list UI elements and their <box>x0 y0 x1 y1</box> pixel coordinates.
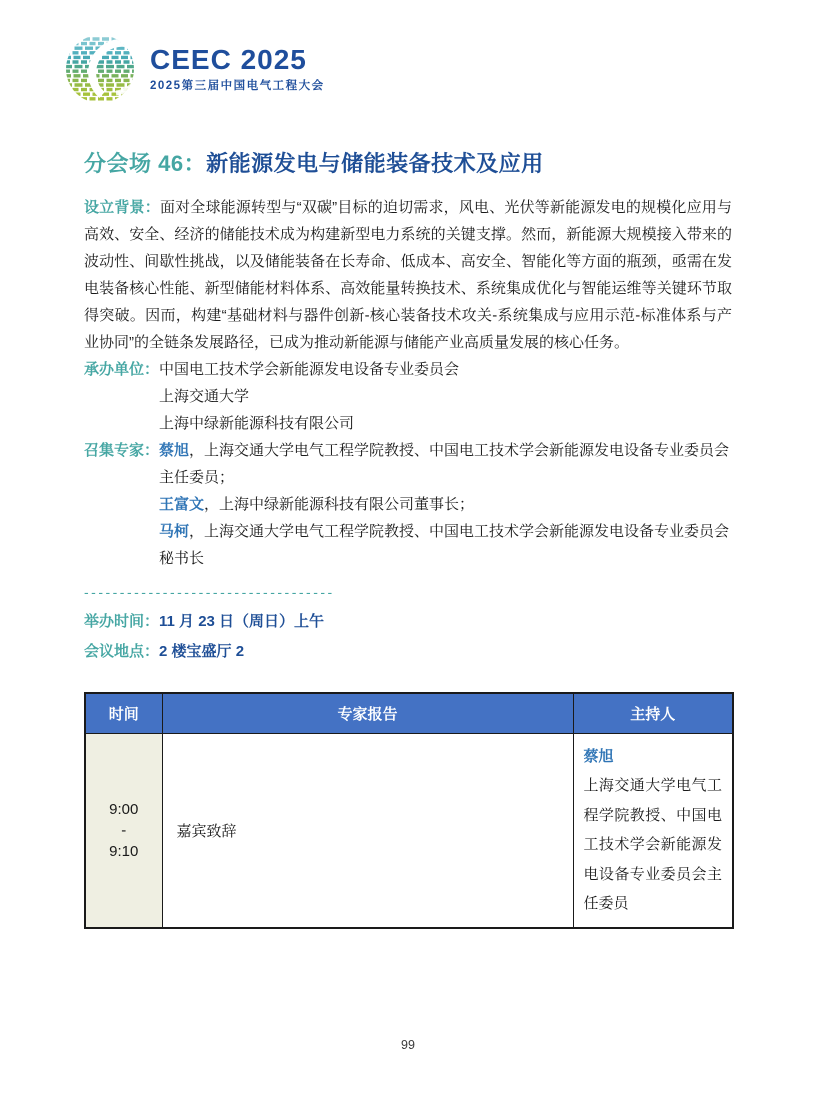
session-title: 新能源发电与储能装备技术及应用 <box>206 151 544 176</box>
event-time: 举办时间： 11 月 23 日（周日）上午 <box>84 608 732 636</box>
convener-desc: ，上海交通大学电气工程学院教授、中国电工技术学会新能源发电设备专业委员会主任委员… <box>159 442 729 486</box>
conveners-list: 蔡旭，上海交通大学电气工程学院教授、中国电工技术学会新能源发电设备专业委员会主任… <box>159 437 732 572</box>
event-time-value: 11 月 23 日（周日）上午 <box>159 608 324 636</box>
logo-title: CEEC 2025 <box>150 45 325 75</box>
organizer-item: 中国电工技术学会新能源发电设备专业委员会 <box>159 356 732 383</box>
convener-desc: ，上海中绿新能源科技有限公司董事长； <box>204 496 474 513</box>
time-cell: 9:00 - 9:10 <box>85 733 162 928</box>
time-start: 9:00 <box>86 799 162 820</box>
dashed-divider: ----------------------------------- <box>84 584 344 600</box>
report-cell: 嘉宾致辞 <box>162 733 573 928</box>
event-venue-label: 会议地点： <box>84 638 159 666</box>
organizer-item: 上海交通大学 <box>159 383 732 410</box>
convener-name: 蔡旭 <box>159 442 189 459</box>
convener-item: 蔡旭，上海交通大学电气工程学院教授、中国电工技术学会新能源发电设备专业委员会主任… <box>159 437 732 491</box>
logo-text: CEEC 2025 2025第三届中国电气工程大会 <box>150 45 325 93</box>
organizers-label: 承办单位： <box>84 356 159 437</box>
organizer-item: 上海中绿新能源科技有限公司 <box>159 410 732 437</box>
schedule-table-header: 时间 专家报告 主持人 <box>85 693 733 733</box>
event-venue-value: 2 楼宝盛厅 2 <box>159 638 244 666</box>
time-end: 9:10 <box>86 841 162 862</box>
logo-subtitle: 2025第三届中国电气工程大会 <box>150 77 325 93</box>
ceec-logo: CEEC 2025 2025第三届中国电气工程大会 <box>0 0 816 105</box>
convener-item: 马柯，上海交通大学电气工程学院教授、中国电工技术学会新能源发电设备专业委员会秘书… <box>159 518 732 572</box>
organizers-list: 中国电工技术学会新能源发电设备专业委员会 上海交通大学 上海中绿新能源科技有限公… <box>159 356 732 437</box>
organizers-block: 承办单位： 中国电工技术学会新能源发电设备专业委员会 上海交通大学 上海中绿新能… <box>84 356 732 437</box>
convener-desc: ，上海交通大学电气工程学院教授、中国电工技术学会新能源发电设备专业委员会秘书长 <box>159 523 729 567</box>
schedule-table: 时间 专家报告 主持人 9:00 - 9:10 嘉宾致辞 蔡旭上海交通大学电气工… <box>84 692 734 929</box>
event-venue: 会议地点： 2 楼宝盛厅 2 <box>84 638 732 666</box>
main-content: 分会场 46：新能源发电与储能装备技术及应用 设立背景：面对全球能源转型与“双碳… <box>84 149 732 929</box>
host-name: 蔡旭 <box>584 742 723 772</box>
convener-name: 马柯 <box>159 523 189 540</box>
header-time: 时间 <box>85 693 162 733</box>
header-host: 主持人 <box>573 693 733 733</box>
host-cell: 蔡旭上海交通大学电气工程学院教授、中国电工技术学会新能源发电设备专业委员会主任委… <box>573 733 733 928</box>
background-text: 面对全球能源转型与“双碳”目标的迫切需求，风电、光伏等新能源发电的规模化应用与高… <box>84 199 732 351</box>
table-row: 9:00 - 9:10 嘉宾致辞 蔡旭上海交通大学电气工程学院教授、中国电工技术… <box>85 733 733 928</box>
ceec-globe-icon <box>64 33 136 105</box>
background-paragraph: 设立背景：面对全球能源转型与“双碳”目标的迫切需求，风电、光伏等新能源发电的规模… <box>84 194 732 356</box>
convener-item: 王富文，上海中绿新能源科技有限公司董事长； <box>159 491 732 518</box>
conveners-label: 召集专家： <box>84 437 159 572</box>
schedule-info: 举办时间： 11 月 23 日（周日）上午 会议地点： 2 楼宝盛厅 2 <box>84 608 732 666</box>
document-page: CEEC 2025 2025第三届中国电气工程大会 分会场 46：新能源发电与储… <box>0 0 816 1100</box>
host-desc: 上海交通大学电气工程学院教授、中国电工技术学会新能源发电设备专业委员会主任委员 <box>584 777 723 912</box>
page-number: 99 <box>401 1038 415 1052</box>
convener-name: 王富文 <box>159 496 204 513</box>
event-time-label: 举办时间： <box>84 608 159 636</box>
page-title: 分会场 46：新能源发电与储能装备技术及应用 <box>84 149 732 179</box>
page-footer: 99 <box>0 1038 816 1052</box>
time-separator: - <box>86 820 162 841</box>
background-label: 设立背景： <box>84 199 160 216</box>
header-report: 专家报告 <box>162 693 573 733</box>
conveners-block: 召集专家： 蔡旭，上海交通大学电气工程学院教授、中国电工技术学会新能源发电设备专… <box>84 437 732 572</box>
session-number: 分会场 46： <box>84 151 206 176</box>
